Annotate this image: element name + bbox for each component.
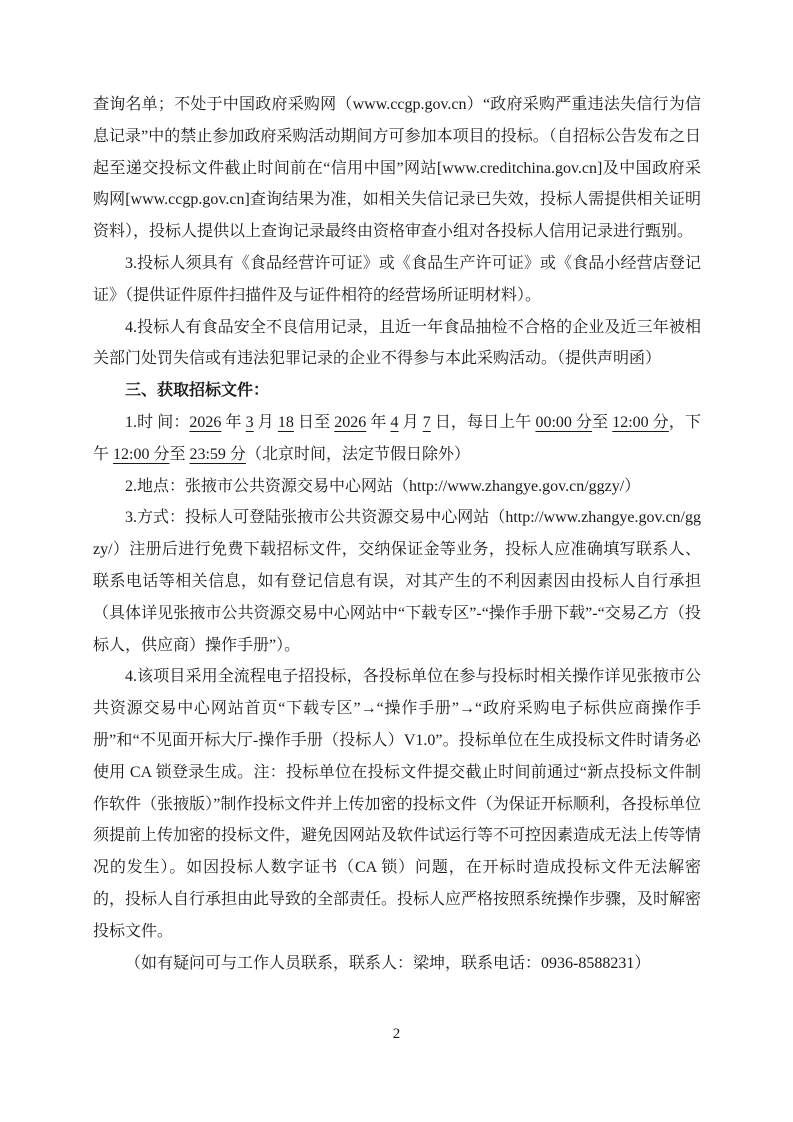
page-footer: 2 [0, 1022, 793, 1046]
para-location: 2.地点：张掖市公共资源交易中心网站（http://www.zhangye.go… [93, 471, 701, 503]
text-run: 年 [221, 414, 245, 431]
underlined-text-run: 12:00 分 [612, 414, 669, 431]
text-run: 月 [399, 414, 423, 431]
text-run: 1.时 间： [125, 414, 189, 431]
para-time: 1.时 间：2026 年 3 月 18 日至 2026 年 4 月 7 日，每日… [93, 407, 701, 471]
text-run: 2.地点：张掖市公共资源交易中心网站（http://www.zhangye.go… [125, 478, 640, 495]
underlined-text-run: 00:00 分 [535, 414, 592, 431]
underlined-text-run: 4 [391, 414, 399, 431]
heading-obtain-bid-documents: 三、获取招标文件： [93, 375, 701, 407]
text-run: （北京时间，法定节假日除外） [246, 446, 470, 463]
text-run: 4.投标人有食品安全不良信用记录，且近一年食品抽检不合格的企业及近三年被相关部门… [93, 319, 701, 368]
document-page: 查询名单；不处于中国政府采购网（www.ccgp.gov.cn）“政府采购严重违… [0, 0, 793, 1122]
underlined-text-run: 2026 [189, 414, 221, 431]
underlined-text-run: 12:00 分 [113, 446, 169, 463]
text-run: 3.方式：投标人可登陆张掖市公共资源交易中心网站（http://www.zhan… [93, 509, 701, 653]
para-credit-record: 查询名单；不处于中国政府采购网（www.ccgp.gov.cn）“政府采购严重违… [93, 89, 701, 248]
text-run: 4.该项目采用全流程电子招投标，各投标单位在参与投标时相关操作详见张掖市公共资源… [93, 668, 701, 939]
underlined-text-run: 2026 [334, 414, 366, 431]
text-run: 日，每日上午 [431, 414, 536, 431]
text-run: 3.投标人须具有《食品经营许可证》或《食品生产许可证》或《食品小经营店登记证》（… [93, 255, 701, 304]
para-method: 3.方式：投标人可登陆张掖市公共资源交易中心网站（http://www.zhan… [93, 502, 701, 661]
text-run: 三、获取招标文件： [125, 382, 269, 399]
para-food-safety-record: 4.投标人有食品安全不良信用记录，且近一年食品抽检不合格的企业及近三年被相关部门… [93, 312, 701, 376]
document-body: 查询名单；不处于中国政府采购网（www.ccgp.gov.cn）“政府采购严重违… [93, 89, 701, 979]
text-run: （如有疑问可与工作人员联系，联系人：梁坤，联系电话：0936-8588231） [125, 955, 650, 972]
page-number: 2 [393, 1026, 401, 1042]
text-run: 月 [254, 414, 278, 431]
para-contact: （如有疑问可与工作人员联系，联系人：梁坤，联系电话：0936-8588231） [93, 948, 701, 980]
text-run: 查询名单；不处于中国政府采购网（www.ccgp.gov.cn）“政府采购严重违… [93, 96, 701, 240]
text-run: 至 [592, 414, 612, 431]
underlined-text-run: 3 [246, 414, 254, 431]
text-run: 至 [169, 446, 189, 463]
text-run: 日至 [294, 414, 334, 431]
para-e-bidding: 4.该项目采用全流程电子招投标，各投标单位在参与投标时相关操作详见张掖市公共资源… [93, 661, 701, 947]
underlined-text-run: 7 [423, 414, 431, 431]
text-run: 年 [366, 414, 390, 431]
underlined-text-run: 23:59 分 [189, 446, 245, 463]
para-food-license: 3.投标人须具有《食品经营许可证》或《食品生产许可证》或《食品小经营店登记证》（… [93, 248, 701, 312]
underlined-text-run: 18 [278, 414, 294, 431]
